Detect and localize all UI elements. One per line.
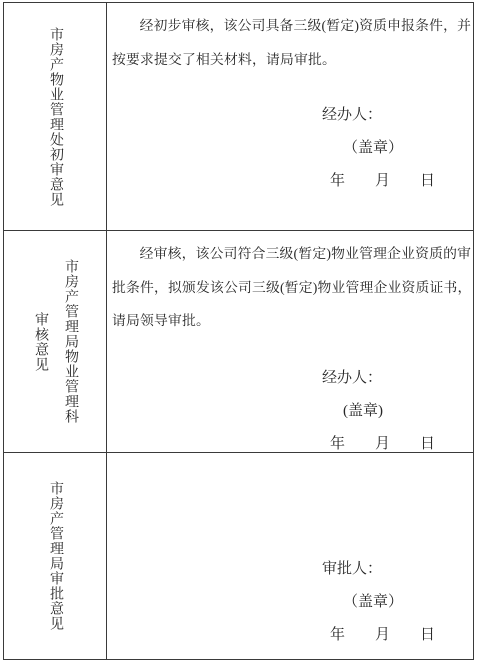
- row-label-preliminary-review: 市房产物业管理处初审意见: [47, 27, 63, 207]
- seal-label: （盖章）: [343, 139, 469, 157]
- row-label-cell: 市房产管理局审批意见: [4, 453, 107, 659]
- row-sublabel-review: 审核意见: [32, 312, 48, 372]
- date-line: 年 月 日: [330, 172, 469, 190]
- opinion-text-block: 经审核，该公司符合三级(暂定)物业管理企业资质的审 批条件，拟颁发该公司三级(暂…: [112, 237, 469, 338]
- approval-table: 市房产物业管理处初审意见 经初步审核，该公司具备三级(暂定)资质申报条件，并 按…: [3, 2, 474, 660]
- scanned-approval-form-page: 市房产物业管理处初审意见 经初步审核，该公司具备三级(暂定)资质申报条件，并 按…: [0, 0, 479, 663]
- table-row-review: 审核意见 市房产管理局物业管理科 经审核，该公司符合三级(暂定)物业管理企业资质…: [4, 230, 473, 452]
- seal-label: （盖章）: [343, 593, 469, 611]
- row-content-cell: 经审核，该公司符合三级(暂定)物业管理企业资质的审 批条件，拟颁发该公司三级(暂…: [107, 231, 473, 452]
- opinion-text-line: 经初步审核，该公司具备三级(暂定)资质申报条件，并: [112, 9, 469, 43]
- opinion-text-line: 批条件，拟颁发该公司三级(暂定)物业管理企业资质证书，: [112, 271, 469, 305]
- seal-label: (盖章): [343, 402, 469, 420]
- row-content-cell: 经初步审核，该公司具备三级(暂定)资质申报条件，并 按要求提交了相关材料，请局审…: [107, 3, 473, 230]
- row-label-cell: 审核意见 市房产管理局物业管理科: [4, 231, 107, 452]
- signature-block: 经办人： (盖章) 年 月 日: [112, 369, 469, 453]
- signer-label: 经办人：: [322, 369, 469, 387]
- signer-label: 经办人：: [322, 106, 469, 124]
- opinion-text-line: 请局领导审批。: [112, 304, 469, 338]
- row-label-review: 市房产管理局物业管理科: [62, 259, 78, 424]
- date-line: 年 月 日: [330, 626, 469, 644]
- row-label-final-approval: 市房产管理局审批意见: [47, 481, 63, 631]
- opinion-text-line: 按要求提交了相关材料，请局审批。: [112, 43, 469, 77]
- signature-block: 经办人： （盖章） 年 月 日: [112, 106, 469, 205]
- row-content-cell: 审批人： （盖章） 年 月 日: [107, 453, 473, 659]
- date-line: 年 月 日: [330, 435, 469, 453]
- row-label-cell: 市房产物业管理处初审意见: [4, 3, 107, 230]
- table-row-preliminary-review: 市房产物业管理处初审意见 经初步审核，该公司具备三级(暂定)资质申报条件，并 按…: [4, 3, 473, 230]
- table-row-final-approval: 市房产管理局审批意见 审批人： （盖章） 年 月 日: [4, 452, 473, 659]
- opinion-text-block: 经初步审核，该公司具备三级(暂定)资质申报条件，并 按要求提交了相关材料，请局审…: [112, 9, 469, 76]
- signature-block: 审批人： （盖章） 年 月 日: [112, 560, 469, 659]
- opinion-text-line: 经审核，该公司符合三级(暂定)物业管理企业资质的审: [112, 237, 469, 271]
- signer-label: 审批人：: [322, 560, 469, 578]
